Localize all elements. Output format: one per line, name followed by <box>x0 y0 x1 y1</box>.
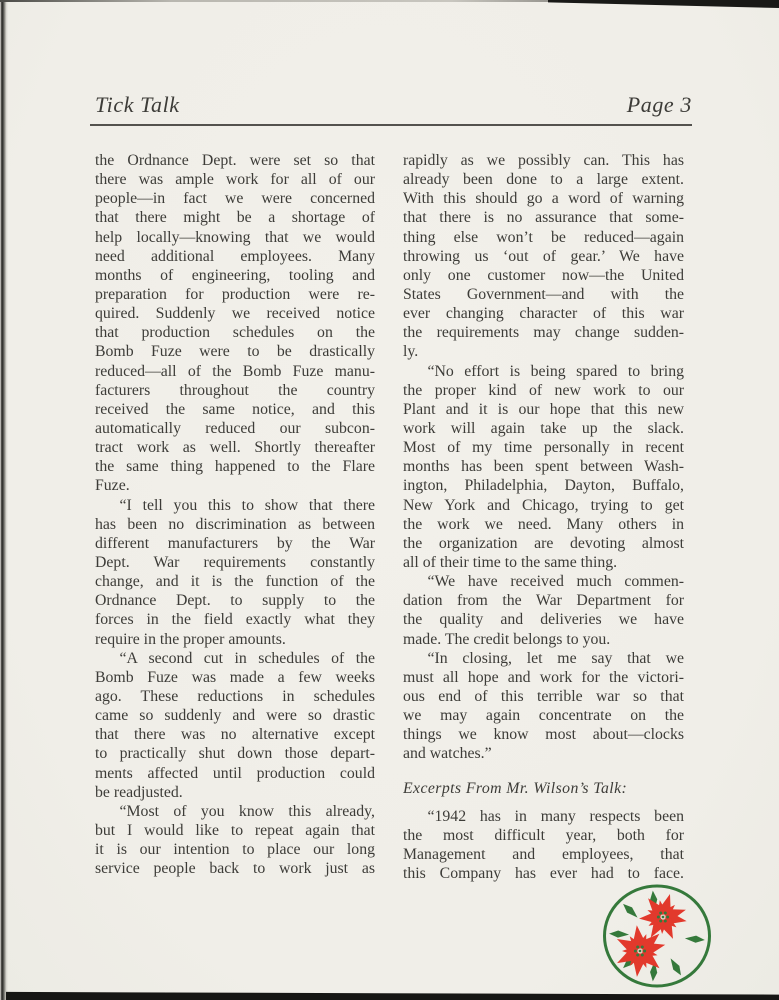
paragraph: “In closing, let me say that wemust all … <box>403 649 684 764</box>
paragraph: rapidly as we possibly can. This hasalre… <box>403 151 684 362</box>
text-line: “No effort is being spared to bring <box>403 362 684 381</box>
text-line: Fuze. <box>95 476 375 495</box>
text-line: the work we need. Many others in <box>403 515 684 534</box>
paragraph: “A second cut in schedules of theBomb Fu… <box>95 649 375 802</box>
text-line: this Company has ever had to face. <box>403 864 684 883</box>
text-line: Ordnance Dept. to supply to the <box>95 591 375 610</box>
text-line: received the same notice, and this <box>95 400 375 419</box>
text-line: facturers throughout the country <box>95 381 375 400</box>
text-line: Excerpts From Mr. Wilson’s Talk: <box>403 779 684 798</box>
text-line: all of their time to the same thing. <box>403 553 684 572</box>
text-line: that production schedules on the <box>95 323 375 342</box>
text-line: “1942 has in many respects been <box>403 807 684 826</box>
scan-edge-bottom <box>6 991 779 1000</box>
text-line: already been done to a large extent. <box>403 170 684 189</box>
text-line: thing else won’t be reduced—again <box>403 228 684 247</box>
scan-edge-top-right <box>548 0 779 8</box>
section-heading: Excerpts From Mr. Wilson’s Talk: <box>403 779 684 798</box>
leaf <box>671 958 681 975</box>
text-line: made. The credit belongs to you. <box>403 630 684 649</box>
text-line: reduced—all of the Bomb Fuze manu- <box>95 362 375 381</box>
text-line: the requirements may change sudden- <box>403 323 684 342</box>
paragraph: “No effort is being spared to bringthe p… <box>403 362 684 573</box>
text-line: that there is no assurance that some- <box>403 208 684 227</box>
text-line: Most of my time personally in recent <box>403 438 684 457</box>
text-line: came so suddenly and were so drastic <box>95 706 375 725</box>
text-line: the most difficult year, both for <box>403 826 684 845</box>
text-line: need additional employees. Many <box>95 247 375 266</box>
text-line: help locally—knowing that we would <box>95 228 375 247</box>
text-line: “We have received much commen- <box>403 572 684 591</box>
text-line: things we know most about—clocks <box>403 725 684 744</box>
text-line: has been no discrimination as between <box>95 515 375 534</box>
text-line: rapidly as we possibly can. This has <box>403 151 684 170</box>
leaf <box>623 904 638 918</box>
text-line: ington, Philadelphia, Dayton, Buffalo, <box>403 476 684 495</box>
paragraph: the Ordnance Dept. were set so thatthere… <box>95 151 375 496</box>
text-line: the quality and deliveries we have <box>403 610 684 629</box>
page-number: Page 3 <box>90 92 692 118</box>
poinsettia-artwork <box>602 884 712 988</box>
text-line: but I would like to repeat again that <box>95 821 375 840</box>
leaf <box>685 936 705 943</box>
paragraph: “1942 has in many respects beenthe most … <box>403 807 684 884</box>
text-line: ous end of this terrible war so that <box>403 687 684 706</box>
text-line: it is our intention to place our long <box>95 840 375 859</box>
leaf <box>609 930 629 937</box>
text-line: be readjusted. <box>95 783 375 802</box>
text-line: dation from the War Department for <box>403 591 684 610</box>
text-line: “A second cut in schedules of the <box>95 649 375 668</box>
text-line: the organization are devoting almost <box>403 534 684 553</box>
text-line: months of engineering, tooling and <box>95 266 375 285</box>
text-line: Dept. War requirements constantly <box>95 553 375 572</box>
text-line: different manufacturers by the War <box>95 534 375 553</box>
text-line: Bomb Fuze was made a few weeks <box>95 668 375 687</box>
text-line: quired. Suddenly we received notice <box>95 304 375 323</box>
text-line: Management and employees, that <box>403 845 684 864</box>
text-line: that there was no alternative except <box>95 725 375 744</box>
text-line: forces in the field exactly what they <box>95 610 375 629</box>
text-line: service people back to work just as <box>95 859 375 878</box>
text-line: the proper kind of new work to our <box>403 381 684 400</box>
text-line: ly. <box>403 342 684 361</box>
left-column: the Ordnance Dept. were set so thatthere… <box>95 151 375 878</box>
text-line: “In closing, let me say that we <box>403 649 684 668</box>
text-line: tract work as well. Shortly thereafter <box>95 438 375 457</box>
text-line: ever changing character of this war <box>403 304 684 323</box>
text-line: change, and it is the function of the <box>95 572 375 591</box>
text-line: New York and Chicago, trying to get <box>403 496 684 515</box>
text-line: that there might be a shortage of <box>95 208 375 227</box>
text-line: “Most of you know this already, <box>95 802 375 821</box>
text-line: the same thing happened to the Flare <box>95 457 375 476</box>
paragraph: “Most of you know this already,but I wou… <box>95 802 375 879</box>
text-line: automatically reduced our subcon- <box>95 419 375 438</box>
text-line: we may again concentrate on the <box>403 706 684 725</box>
text-line: work will again take up the slack. <box>403 419 684 438</box>
paragraph: “I tell you this to show that therehas b… <box>95 496 375 649</box>
text-line: and watches.” <box>403 744 684 763</box>
text-line: preparation for production were re- <box>95 285 375 304</box>
text-line: months has been spent between Wash- <box>403 457 684 476</box>
text-line: must all hope and work for the victori- <box>403 668 684 687</box>
text-line: With this should go a word of warning <box>403 189 684 208</box>
text-line: throwing us ‘out of gear.’ We have <box>403 247 684 266</box>
text-line: to practically shut down those depart- <box>95 744 375 763</box>
header-rule <box>90 124 692 126</box>
text-line: ago. These reductions in schedules <box>95 687 375 706</box>
scan-edge-left <box>0 0 8 1000</box>
text-line: States Government—and with the <box>403 285 684 304</box>
text-line: only one customer now—the United <box>403 266 684 285</box>
text-line: the Ordnance Dept. were set so that <box>95 151 375 170</box>
text-line: “I tell you this to show that there <box>95 496 375 515</box>
scanned-page: Tick Talk Page 3 the Ordnance Dept. were… <box>0 0 779 1000</box>
text-line: people—in fact we were concerned <box>95 189 375 208</box>
text-line: Bomb Fuze were to be drastically <box>95 342 375 361</box>
text-line: Plant and it is our hope that this new <box>403 400 684 419</box>
right-column: rapidly as we possibly can. This hasalre… <box>403 151 684 883</box>
paragraph: “We have received much commen-dation fro… <box>403 572 684 649</box>
text-line: require in the proper amounts. <box>95 630 375 649</box>
text-line: ments affected until production could <box>95 764 375 783</box>
text-line: there was ample work for all of our <box>95 170 375 189</box>
